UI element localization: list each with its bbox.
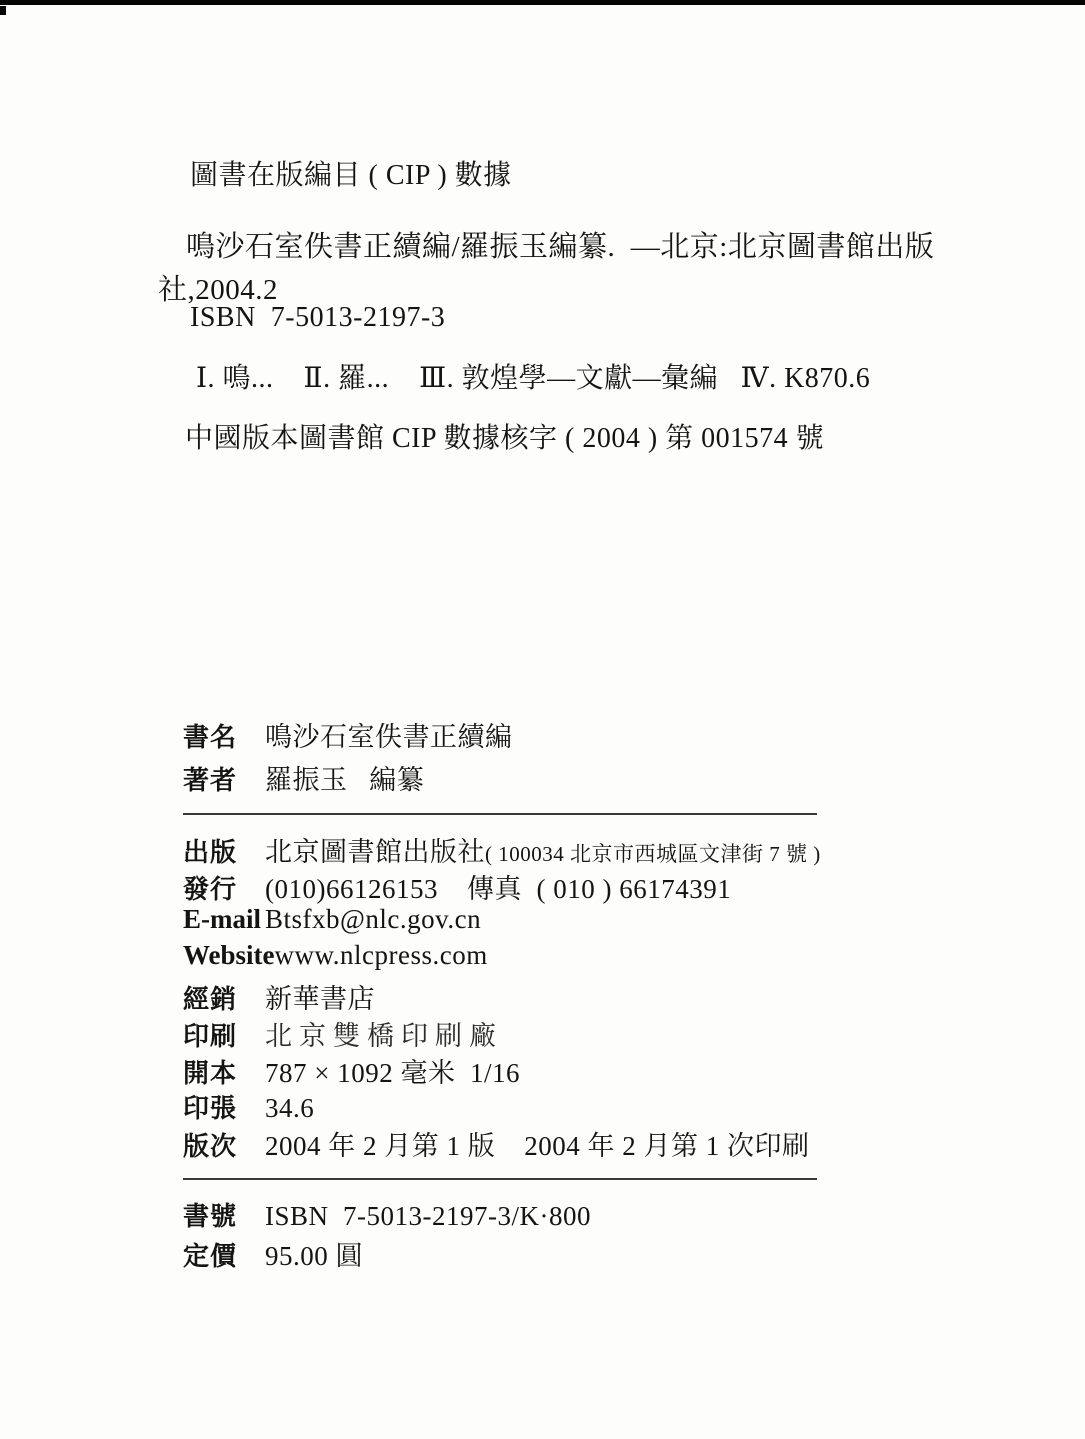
colophon-row-booknumber: 書號 ISBN 7-5013-2197-3/K·800 xyxy=(183,1196,923,1234)
printer-value: 北京雙橋印刷廠 xyxy=(265,1014,503,1053)
colophon-row-format: 開本 787 × 1092 毫米 1/16 xyxy=(183,1051,923,1088)
edition-label: 版次 xyxy=(183,1126,265,1163)
author-value: 羅振玉 編纂 xyxy=(265,758,424,797)
cip-entry-line1: 鳴沙石室佚書正續編/羅振玉編纂. —北京:北京圖書館出版 xyxy=(186,224,934,265)
booktitle-value: 鳴沙石室佚書正續編 xyxy=(265,715,513,754)
copyright-page: 圖書在版編目 ( CIP ) 數據 鳴沙石室佚書正續編/羅振玉編纂. —北京:北… xyxy=(0,0,1085,1439)
divider-line-lower xyxy=(183,1178,817,1180)
email-value: Btsfxb@nlc.gov.cn xyxy=(265,904,481,935)
colophon-row-distributor: 經銷 新華書店 xyxy=(183,977,923,1014)
colophon-row-booktitle: 書名 鳴沙石室佚書正續編 xyxy=(183,715,923,758)
booktitle-label: 書名 xyxy=(183,717,265,754)
scan-edge-artifact-left xyxy=(0,6,6,15)
divider-line-upper xyxy=(183,813,817,815)
colophon-row-printer: 印刷 北京雙橋印刷廠 xyxy=(183,1014,923,1051)
distributor-label: 經銷 xyxy=(183,979,265,1016)
author-label: 著者 xyxy=(183,760,265,797)
booknumber-value: ISBN 7-5013-2197-3/K·800 xyxy=(265,1201,591,1232)
cip-classification: Ⅰ. 鳴... Ⅱ. 羅... Ⅲ. 敦煌學—文獻—彙編 Ⅳ. K870.6 xyxy=(196,356,870,396)
email-label: E-mail xyxy=(183,904,265,935)
format-value: 787 × 1092 毫米 1/16 xyxy=(265,1051,520,1090)
cip-heading: 圖書在版編目 ( CIP ) 數據 xyxy=(190,153,512,193)
publisher-name: 北京圖書館出版社 xyxy=(265,837,485,867)
colophon-row-distribution: 發行 (010)66126153 傳真 ( 010 ) 66174391 xyxy=(183,867,923,904)
format-label: 開本 xyxy=(183,1053,265,1090)
publisher-label: 出版 xyxy=(183,832,265,869)
distribution-label: 發行 xyxy=(183,869,265,906)
colophon-price-group: 書號 ISBN 7-5013-2197-3/K·800 定價 95.00 圓 xyxy=(183,1196,923,1272)
price-label: 定價 xyxy=(183,1236,265,1273)
sheets-value: 34.6 xyxy=(265,1093,314,1124)
edition-value: 2004 年 2 月第 1 版 2004 年 2 月第 1 次印刷 xyxy=(265,1124,810,1163)
booknumber-label: 書號 xyxy=(183,1196,265,1233)
colophon-row-email: E-mail Btsfxb@nlc.gov.cn xyxy=(183,904,923,941)
colophon-row-price: 定價 95.00 圓 xyxy=(183,1234,923,1272)
cip-record-number: 中國版本圖書館 CIP 數據核字 ( 2004 ) 第 001574 號 xyxy=(185,416,824,456)
colophon-row-edition: 版次 2004 年 2 月第 1 版 2004 年 2 月第 1 次印刷 xyxy=(183,1124,923,1161)
publisher-value: 北京圖書館出版社( 100034 北京市西城區文津街 7 號 ) xyxy=(265,830,821,869)
scan-edge-artifact-top xyxy=(0,0,1085,5)
cip-isbn: ISBN 7-5013-2197-3 xyxy=(190,302,445,334)
colophon-row-website: Website www.nlcpress.com xyxy=(183,940,923,977)
distributor-value: 新華書店 xyxy=(265,977,375,1016)
colophon-title-group: 書名 鳴沙石室佚書正續編 著者 羅振玉 編纂 xyxy=(183,715,923,801)
publisher-address-note: ( 100034 北京市西城區文津街 7 號 ) xyxy=(485,842,821,866)
colophon-row-publisher: 出版 北京圖書館出版社( 100034 北京市西城區文津街 7 號 ) xyxy=(183,830,923,867)
printer-label: 印刷 xyxy=(183,1016,265,1053)
colophon-row-sheets: 印張 34.6 xyxy=(183,1088,923,1125)
distribution-value: (010)66126153 傳真 ( 010 ) 66174391 xyxy=(265,867,731,906)
price-value: 95.00 圓 xyxy=(265,1234,363,1273)
colophon-row-author: 著者 羅振玉 編纂 xyxy=(183,758,923,801)
website-label: Website xyxy=(183,940,275,971)
sheets-label: 印張 xyxy=(183,1088,265,1125)
colophon-publication-group: 出版 北京圖書館出版社( 100034 北京市西城區文津街 7 號 ) 發行 (… xyxy=(183,830,923,1161)
website-value: www.nlcpress.com xyxy=(275,940,488,971)
